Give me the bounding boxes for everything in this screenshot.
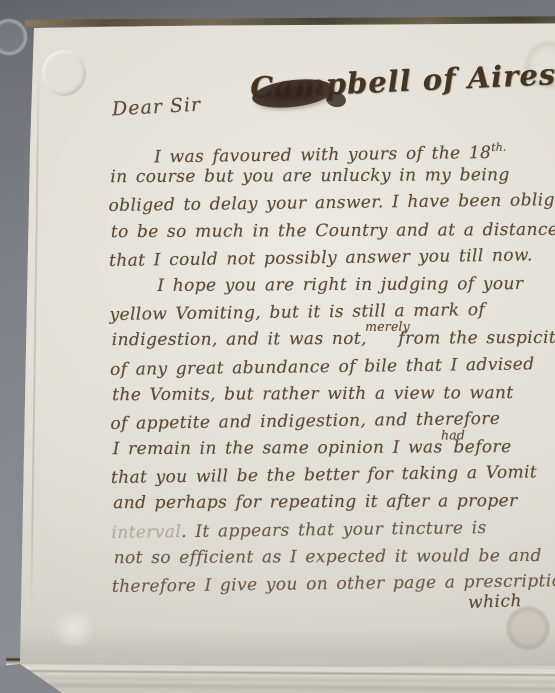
paper-repair-patch [48, 612, 100, 646]
letter-line: interval. It appears that your tincture … [111, 514, 555, 547]
catchword: which [468, 591, 523, 613]
letter-line: I was favoured with yours of the 18th. [108, 133, 555, 166]
letter-line: obliged to delay your answer. I have bee… [108, 187, 555, 220]
letter-line-text: . It appears that your tincture is [181, 518, 487, 542]
letter-line: I remain in the same opinion I was had b… [113, 434, 555, 464]
letter-line: of appetite and indigestion, and therefo… [110, 405, 555, 438]
inserted-word-had: had [441, 427, 465, 442]
inserted-word-merely: merely [365, 319, 410, 334]
blind-stamp-top-left [42, 50, 86, 96]
letter-line: of any great abundance of bile that I ad… [110, 351, 555, 384]
paper-crease [30, 64, 40, 612]
superscript-ordinal: th. [491, 141, 506, 154]
letter-line-text: from the suspicition [398, 328, 555, 349]
letter-line: to be so much in the Country and at a di… [111, 216, 555, 246]
letter-line: not so efficient as I expected it would … [114, 543, 555, 573]
letter-page: Campbell of Aires Dear Sir I was favoure… [0, 0, 555, 693]
letter-line-text: I remain in the same opinion I was [113, 437, 443, 459]
letter-line: indigestion, and it was not, merely from… [112, 325, 555, 355]
salutation: Dear Sir [111, 94, 201, 121]
letter-line: that I could not possibly answer you til… [109, 242, 555, 275]
letter-line: and perhaps for repeating it after a pro… [113, 488, 555, 518]
letter-body: I was favoured with yours of the 18th. i… [108, 134, 555, 600]
letter-line-text: indigestion, and it was not, [112, 329, 367, 350]
letter-line: I hope you are right in judging of your [111, 271, 555, 301]
faded-word-interval: interval [111, 522, 181, 543]
photograph-of-letter: Campbell of Aires Dear Sir I was favoure… [0, 0, 555, 693]
backing-board-sticker [0, 18, 28, 56]
letter-line: the Vomits, but rather with a view to wa… [112, 379, 555, 409]
